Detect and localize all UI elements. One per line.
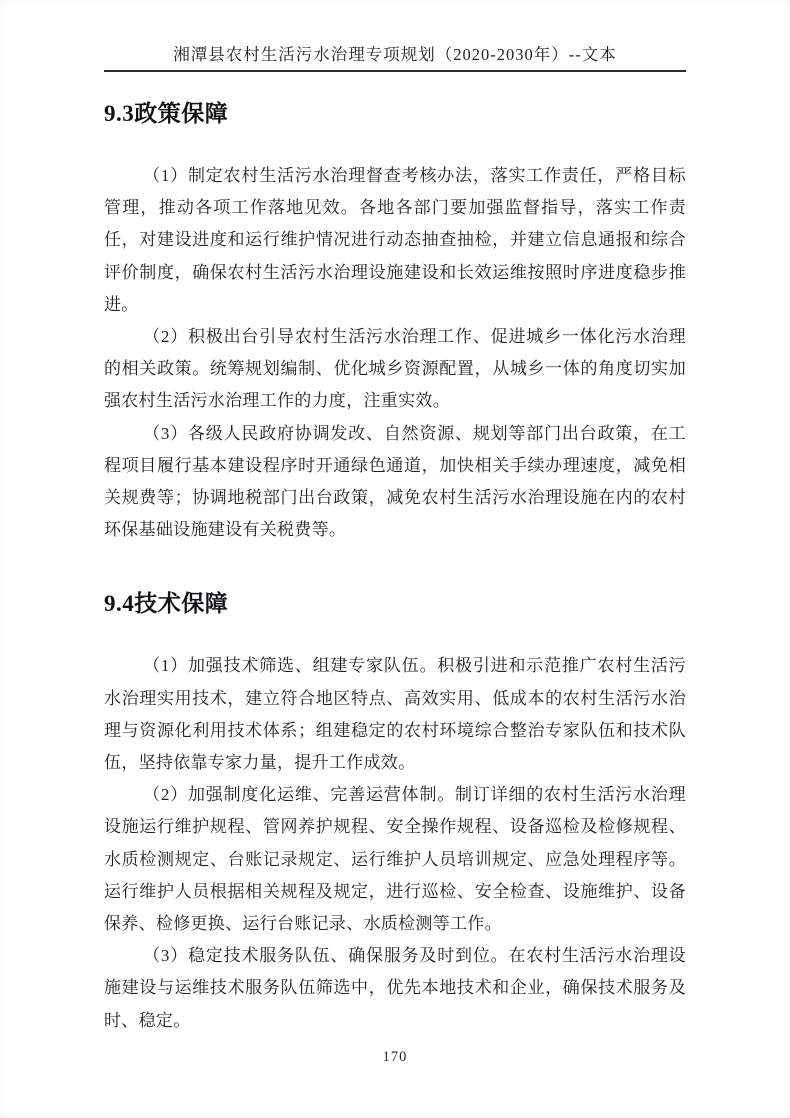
document-content: 湘潭县农村生活污水治理专项规划（2020-2030年）--文本 9.3政策保障 … <box>0 0 790 1037</box>
section-heading-9-4: 9.4技术保障 <box>104 588 686 620</box>
document-body: 9.3政策保障 （1）制定农村生活污水治理督查考核办法，落实工作责任，严格目标管… <box>104 98 686 1037</box>
page-header: 湘潭县农村生活污水治理专项规划（2020-2030年）--文本 <box>104 0 686 72</box>
running-header-title: 湘潭县农村生活污水治理专项规划（2020-2030年）--文本 <box>104 44 686 66</box>
header-rule <box>104 70 686 72</box>
section-policy-guarantee: 9.3政策保障 （1）制定农村生活污水治理督查考核办法，落实工作责任，严格目标管… <box>104 98 686 546</box>
paragraph: （1）制定农村生活污水治理督查考核办法，落实工作责任，严格目标管理，推动各项工作… <box>104 160 686 321</box>
document-page: 湘潭县农村生活污水治理专项规划（2020-2030年）--文本 9.3政策保障 … <box>0 0 790 1118</box>
paragraph: （3）稳定技术服务队伍、确保服务及时到位。在农村生活污水治理设施建设与运维技术服… <box>104 940 686 1037</box>
paragraph: （2）积极出台引导农村生活污水治理工作、促进城乡一体化污水治理的相关政策。统筹规… <box>104 321 686 418</box>
page-number: 170 <box>383 1049 408 1065</box>
paragraph: （3）各级人民政府协调发改、自然资源、规划等部门出台政策，在工程项目履行基本建设… <box>104 418 686 547</box>
page-footer: 170 <box>0 1048 790 1066</box>
paragraph: （1）加强技术筛选、组建专家队伍。积极引进和示范推广农村生活污水治理实用技术，建… <box>104 650 686 779</box>
section-heading-9-3: 9.3政策保障 <box>104 98 686 130</box>
section-technical-guarantee: 9.4技术保障 （1）加强技术筛选、组建专家队伍。积极引进和示范推广农村生活污水… <box>104 588 686 1036</box>
paragraph: （2）加强制度化运维、完善运营体制。制订详细的农村生活污水治理设施运行维护规程、… <box>104 779 686 940</box>
